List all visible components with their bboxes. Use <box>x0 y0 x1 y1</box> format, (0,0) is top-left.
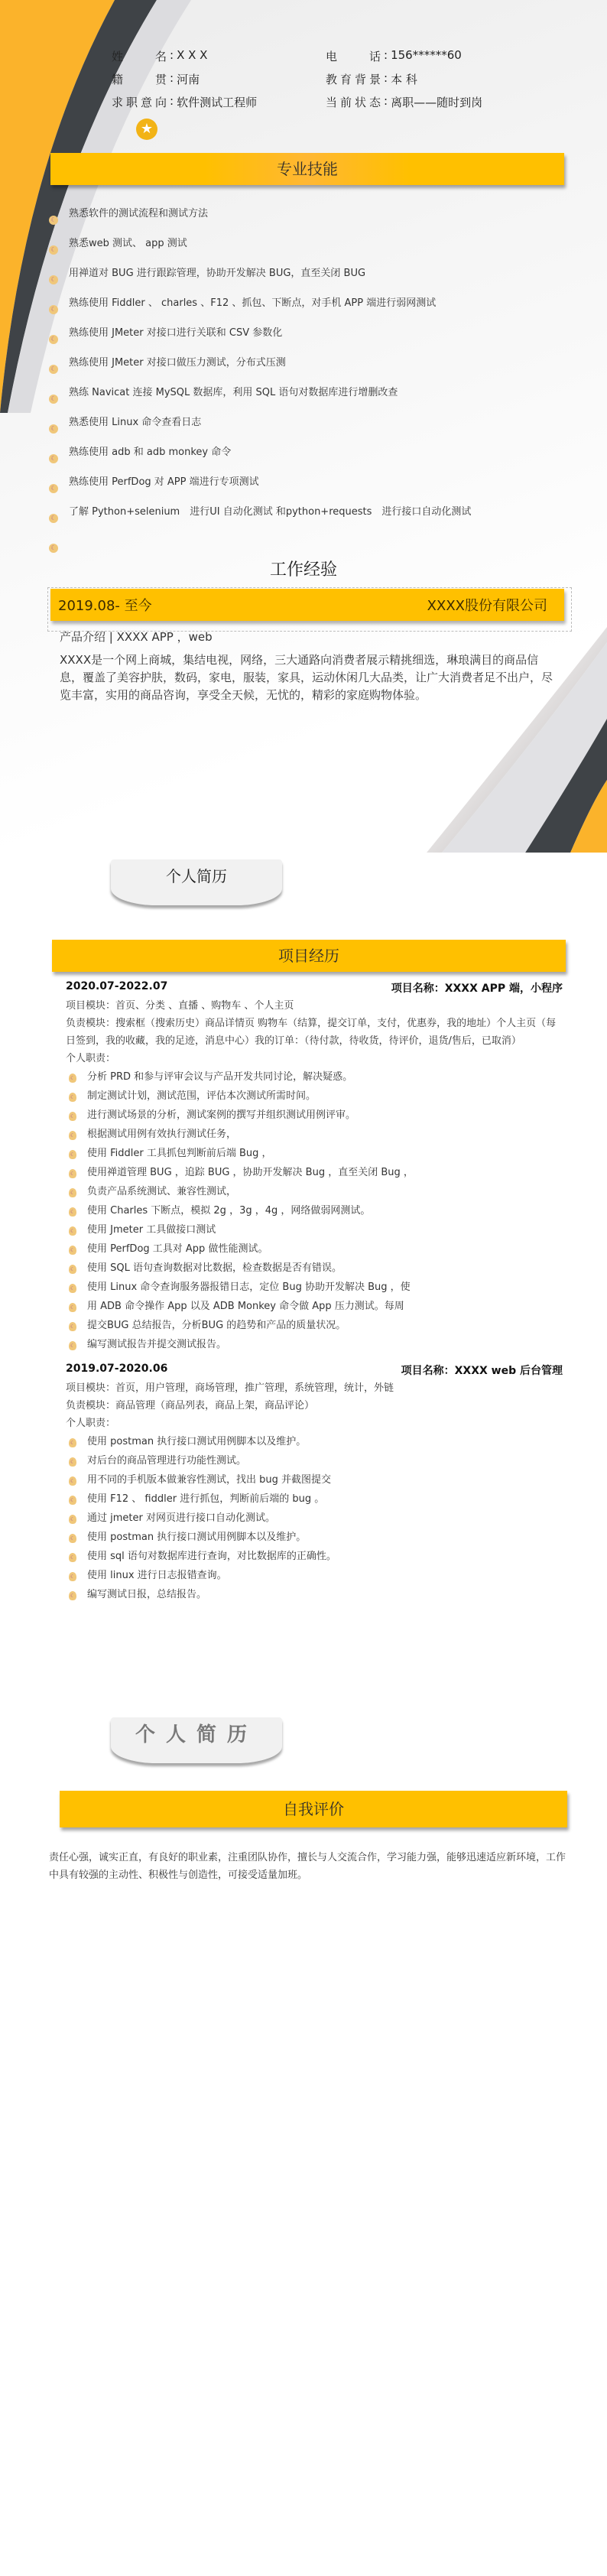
duty-text: 用不同的手机版本做兼容性测试，找出 bug 并截图提交 <box>87 1474 331 1486</box>
duty-text: 使用 Fiddler 工具抓包判断前后端 Bug ， <box>87 1148 272 1159</box>
skill-item: ☾熟悉web 测试、 app 测试 <box>46 235 581 265</box>
star-icon: ★ <box>136 119 157 140</box>
duty-text: 用 ADB 命令操作 App 以及 ADB Monkey 命令做 App 压力测… <box>87 1301 404 1312</box>
duties-label: 个人职责： <box>66 1050 563 1067</box>
duties-label: 个人职责： <box>66 1415 563 1432</box>
duty-text: 对后台的商品管理进行功能性测试。 <box>87 1455 246 1467</box>
duty-text: 通过 jmeter 对网页进行接口自动化测试。 <box>87 1512 275 1524</box>
duty-item: ☾分析 PRD 和参与评审会议与产品开发共同讨论，解决疑惑。 <box>66 1067 563 1087</box>
info-label: 求职意向 <box>112 94 167 110</box>
duty-list: ☾分析 PRD 和参与评审会议与产品开发共同讨论，解决疑惑。 ☾制定测试计划，测… <box>66 1067 563 1354</box>
skill-text: 用禅道对 BUG 进行跟踪管理，协助开发解决 BUG，直至关闭 BUG <box>69 265 365 279</box>
work-company: XXXX股份有限公司 <box>427 595 547 615</box>
skill-item: ☾熟悉使用 Linux 命令查看日志 <box>46 414 581 443</box>
duty-item: ☾使用 postman 执行接口测试用例脚本以及维护。 <box>66 1528 563 1547</box>
skills-list: ☾熟悉软件的测试流程和测试方法 ☾熟悉web 测试、 app 测试 ☾用禅道对 … <box>46 205 581 563</box>
moon-bullet-icon: ☾ <box>69 1074 76 1083</box>
duty-text: 编写测试报告并提交测试报告。 <box>87 1339 226 1350</box>
moon-bullet-icon: ☾ <box>69 1341 76 1350</box>
duty-text: 分析 PRD 和参与评审会议与产品开发共同讨论，解决疑惑。 <box>87 1071 352 1083</box>
duty-text: 使用 SQL 语句查询数据对比数据，检查数据是否有错误。 <box>87 1262 342 1274</box>
duty-text: 进行测试场景的分析，测试案例的撰写并组织测试用例评审。 <box>87 1109 355 1121</box>
moon-bullet-icon: ☾ <box>69 1150 76 1159</box>
duty-text: 使用 PerfDog 工具对 App 做性能测试。 <box>87 1243 268 1255</box>
skill-item: ☾熟练使用 adb 和 adb monkey 命令 <box>46 443 581 473</box>
skill-text: 熟练 Navicat 连接 MySQL 数据库，利用 SQL 语句对数据库进行增… <box>69 384 398 398</box>
duty-item: ☾使用 sql 语句对数据库进行查询，对比数据库的正确性。 <box>66 1547 563 1566</box>
skill-text: 熟悉使用 Linux 命令查看日志 <box>69 414 201 428</box>
duty-text: 使用 Linux 命令查询服务器报错日志，定位 Bug 协助开发解决 Bug ，… <box>87 1282 411 1293</box>
project-date: 2019.07-2020.06 <box>66 1363 167 1379</box>
moon-bullet-icon: ☾ <box>69 1246 76 1255</box>
project-name: 项目名称：XXXX web 后台管理 <box>401 1363 563 1379</box>
skill-item: ☾熟练使用 JMeter 对接口做压力测试，分布式压测 <box>46 354 581 384</box>
duty-text: 根据测试用例有效执行测试任务， <box>87 1129 236 1140</box>
skill-item: ☾熟练使用 PerfDog 对 APP 端进行专项测试 <box>46 473 581 503</box>
info-status: 当前状态 : 离职——随时到岗 <box>326 94 540 110</box>
info-value: 156******60 <box>391 48 462 64</box>
project-header: 2020.07-2022.07 项目名称：XXXX APP 端，小程序 <box>66 980 563 997</box>
projects-section-header: 项目经历 <box>52 940 566 972</box>
resume-page-1: 姓 名 : X X X 电 话 : 156******60 籍 贯 : 河南 教… <box>0 0 607 853</box>
project-name: 项目名称：XXXX APP 端，小程序 <box>391 980 563 997</box>
duty-item: ☾通过 jmeter 对网页进行接口自动化测试。 <box>66 1509 563 1528</box>
moon-bullet-icon: ☾ <box>49 514 58 523</box>
info-row: 籍 贯 : 河南 教育背景 : 本 科 <box>112 67 540 90</box>
moon-bullet-icon: ☾ <box>69 1093 76 1102</box>
skill-item: ☾了解 Python+selenium 进行UI 自动化测试 和python+r… <box>46 503 581 533</box>
project-header: 2019.07-2020.06 项目名称：XXXX web 后台管理 <box>66 1363 563 1379</box>
duty-text: 提交BUG 总结报告，分析BUG 的趋势和产品的质量状况。 <box>87 1320 346 1331</box>
duty-text: 制定测试计划，测试范围，评估本次测试所需时间。 <box>87 1090 316 1102</box>
skill-item: ☾熟悉软件的测试流程和测试方法 <box>46 205 581 235</box>
moon-bullet-icon: ☾ <box>49 245 58 255</box>
skill-text: 熟悉软件的测试流程和测试方法 <box>69 205 208 219</box>
project-date: 2020.07-2022.07 <box>66 980 167 997</box>
moon-bullet-icon: ☾ <box>69 1131 76 1140</box>
moon-bullet-icon: ☾ <box>69 1496 76 1505</box>
info-row: 求职意向 : 软件测试工程师 当前状态 : 离职——随时到岗 <box>112 90 540 113</box>
personal-info: 姓 名 : X X X 电 话 : 156******60 籍 贯 : 河南 教… <box>112 44 540 113</box>
duty-text: 使用禅道管理 BUG ，追踪 BUG ，协助开发解决 Bug ，直至关闭 Bug… <box>87 1167 414 1178</box>
moon-bullet-icon: ☾ <box>69 1438 76 1447</box>
skill-text: 熟悉web 测试、 app 测试 <box>69 235 187 249</box>
duty-text: 使用 Jmeter 工具做接口测试 <box>87 1224 216 1236</box>
product-intro: 产品介绍 | XXXX APP ，web <box>60 629 213 645</box>
info-phone: 电 话 : 156******60 <box>326 48 540 64</box>
resume-tab-card: 个人简历 <box>111 1717 282 1763</box>
info-hometown: 籍 贯 : 河南 <box>112 71 326 87</box>
info-label: 姓 名 <box>112 48 167 64</box>
moon-bullet-icon: ☾ <box>49 216 58 225</box>
skill-text: 熟练使用 adb 和 adb monkey 命令 <box>69 443 231 458</box>
skill-item: ☾熟练使用 Fiddler 、 charles 、F12 、抓包、下断点，对手机… <box>46 294 581 324</box>
duty-item: ☾负责产品系统测试、兼容性测试， <box>66 1182 563 1201</box>
duty-text: 编写测试日报，总结报告。 <box>87 1589 206 1600</box>
skill-item: ☾熟练使用 JMeter 对接口进行关联和 CSV 参数化 <box>46 324 581 354</box>
info-separator: : <box>384 71 388 87</box>
project-responsible: 负责模块：搜索框（搜索历史）商品详情页 购物车（结算，提交订单，支付，优惠券，我… <box>66 1015 563 1050</box>
project-modules: 项目模块：首页、分类 、直播 、购物车 、个人主页 <box>66 997 563 1015</box>
moon-bullet-icon: ☾ <box>49 305 58 314</box>
info-label: 电 话 <box>326 48 381 64</box>
duty-text: 使用 Charles 下断点，模拟 2g ，3g ，4g ，网络做弱网测试。 <box>87 1205 370 1217</box>
info-value: 本 科 <box>391 71 417 87</box>
moon-bullet-icon: ☾ <box>49 424 58 434</box>
moon-bullet-icon: ☾ <box>69 1207 76 1217</box>
work-header-bar: 2019.08- 至今 XXXX股份有限公司 <box>50 589 564 621</box>
moon-bullet-icon: ☾ <box>49 544 58 553</box>
duty-text: 负责产品系统测试、兼容性测试， <box>87 1186 236 1197</box>
moon-bullet-icon: ☾ <box>69 1188 76 1197</box>
project-entry: 2019.07-2020.06 项目名称：XXXX web 后台管理 项目模块：… <box>66 1363 563 1604</box>
duty-item: ☾使用 Fiddler 工具抓包判断前后端 Bug ， <box>66 1144 563 1163</box>
skill-item: ☾熟练 Navicat 连接 MySQL 数据库，利用 SQL 语句对数据库进行… <box>46 384 581 414</box>
duty-item: ☾使用 PerfDog 工具对 App 做性能测试。 <box>66 1239 563 1259</box>
duty-item: ☾用 ADB 命令操作 App 以及 ADB Monkey 命令做 App 压力… <box>66 1297 563 1316</box>
moon-bullet-icon: ☾ <box>49 395 58 404</box>
duty-item: ☾对后台的商品管理进行功能性测试。 <box>66 1451 563 1470</box>
duty-text: 使用 linux 进行日志报错查询。 <box>87 1570 227 1581</box>
moon-bullet-icon: ☾ <box>49 335 58 344</box>
duty-item: ☾根据测试用例有效执行测试任务， <box>66 1125 563 1144</box>
duty-item: ☾进行测试场景的分析，测试案例的撰写并组织测试用例评审。 <box>66 1106 563 1125</box>
moon-bullet-icon: ☾ <box>69 1476 76 1486</box>
moon-bullet-icon: ☾ <box>69 1112 76 1121</box>
duty-text: 使用 sql 语句对数据库进行查询，对比数据库的正确性。 <box>87 1551 336 1562</box>
skill-text: 熟练使用 PerfDog 对 APP 端进行专项测试 <box>69 473 259 488</box>
info-value: 软件测试工程师 <box>177 94 257 110</box>
moon-bullet-icon: ☾ <box>69 1265 76 1274</box>
moon-bullet-icon: ☾ <box>49 275 58 284</box>
info-job-intent: 求职意向 : 软件测试工程师 <box>112 94 326 110</box>
moon-bullet-icon: ☾ <box>69 1457 76 1467</box>
duty-text: 使用 postman 执行接口测试用例脚本以及维护。 <box>87 1532 306 1543</box>
skill-text: 熟练使用 JMeter 对接口进行关联和 CSV 参数化 <box>69 324 282 339</box>
resume-tab-card: 个人简历 <box>111 859 282 905</box>
project-entry: 2020.07-2022.07 项目名称：XXXX APP 端，小程序 项目模块… <box>66 980 563 1354</box>
work-section-title: 工作经验 <box>0 557 607 580</box>
moon-bullet-icon: ☾ <box>69 1322 76 1331</box>
work-date: 2019.08- 至今 <box>58 595 152 615</box>
moon-bullet-icon: ☾ <box>69 1515 76 1524</box>
duty-item: ☾用不同的手机版本做兼容性测试，找出 bug 并截图提交 <box>66 1470 563 1489</box>
duty-item: ☾使用 Linux 命令查询服务器报错日志，定位 Bug 协助开发解决 Bug … <box>66 1278 563 1297</box>
skill-text: 熟练使用 JMeter 对接口做压力测试，分布式压测 <box>69 354 286 369</box>
skill-text: 了解 Python+selenium 进行UI 自动化测试 和python+re… <box>69 503 471 518</box>
skill-item: ☾用禅道对 BUG 进行跟踪管理，协助开发解决 BUG，直至关闭 BUG <box>46 265 581 294</box>
info-separator: : <box>170 94 174 110</box>
info-row: 姓 名 : X X X 电 话 : 156******60 <box>112 44 540 67</box>
duty-item: ☾使用 Jmeter 工具做接口测试 <box>66 1220 563 1239</box>
skill-text: 熟练使用 Fiddler 、 charles 、F12 、抓包、下断点，对手机 … <box>69 294 436 309</box>
duty-list: ☾使用 postman 执行接口测试用例脚本以及维护。 ☾对后台的商品管理进行功… <box>66 1432 563 1604</box>
duty-item: ☾使用 Charles 下断点，模拟 2g ，3g ，4g ，网络做弱网测试。 <box>66 1201 563 1220</box>
info-separator: : <box>384 94 388 110</box>
self-eval-section-header: 自我评价 <box>60 1791 567 1827</box>
moon-bullet-icon: ☾ <box>49 484 58 493</box>
info-separator: : <box>170 71 174 87</box>
info-separator: : <box>170 48 174 64</box>
duty-text: 使用 F12 、 fiddler 进行抓包，判断前后端的 bug 。 <box>87 1493 324 1505</box>
info-value: X X X <box>177 48 207 64</box>
duty-item: ☾使用 F12 、 fiddler 进行抓包，判断前后端的 bug 。 <box>66 1489 563 1509</box>
moon-bullet-icon: ☾ <box>69 1534 76 1543</box>
moon-bullet-icon: ☾ <box>69 1553 76 1562</box>
info-label: 教育背景 <box>326 71 381 87</box>
duty-item: ☾编写测试报告并提交测试报告。 <box>66 1335 563 1354</box>
duty-item: ☾使用 postman 执行接口测试用例脚本以及维护。 <box>66 1432 563 1451</box>
info-label: 当前状态 <box>326 94 381 110</box>
moon-bullet-icon: ☾ <box>69 1572 76 1581</box>
info-label: 籍 贯 <box>112 71 167 87</box>
moon-bullet-icon: ☾ <box>49 454 58 463</box>
project-modules: 项目模块：首页，用户管理，商场管理，推广管理，系统管理，统计，外链 <box>66 1379 563 1397</box>
info-value: 离职——随时到岗 <box>391 94 482 110</box>
info-education: 教育背景 : 本 科 <box>326 71 540 87</box>
info-name: 姓 名 : X X X <box>112 48 326 64</box>
duty-item: ☾使用 linux 进行日志报错查询。 <box>66 1566 563 1585</box>
product-description: XXXX是一个网上商城，集结电视，网络，三大通路向消费者展示精挑细选，琳琅满目的… <box>60 651 557 704</box>
info-separator: : <box>384 48 388 64</box>
moon-bullet-icon: ☾ <box>69 1284 76 1293</box>
moon-bullet-icon: ☾ <box>49 365 58 374</box>
duty-item: ☾使用 SQL 语句查询数据对比数据，检查数据是否有错误。 <box>66 1259 563 1278</box>
moon-bullet-icon: ☾ <box>69 1226 76 1236</box>
self-eval-text: 责任心强，诚实正直，有良好的职业素，注重团队协作，擅长与人交流合作，学习能力强，… <box>49 1849 569 1884</box>
project-responsible: 负责模块：商品管理（商品列表，商品上架，商品评论） <box>66 1397 563 1415</box>
moon-bullet-icon: ☾ <box>69 1591 76 1600</box>
moon-bullet-icon: ☾ <box>69 1303 76 1312</box>
duty-item: ☾提交BUG 总结报告，分析BUG 的趋势和产品的质量状况。 <box>66 1316 563 1335</box>
duty-item: ☾制定测试计划，测试范围，评估本次测试所需时间。 <box>66 1087 563 1106</box>
info-value: 河南 <box>177 71 200 87</box>
duty-text: 使用 postman 执行接口测试用例脚本以及维护。 <box>87 1436 306 1447</box>
skills-section-header: 专业技能 <box>50 153 564 185</box>
duty-item: ☾使用禅道管理 BUG ，追踪 BUG ，协助开发解决 Bug ，直至关闭 Bu… <box>66 1163 563 1182</box>
moon-bullet-icon: ☾ <box>69 1169 76 1178</box>
duty-item: ☾编写测试日报，总结报告。 <box>66 1585 563 1604</box>
